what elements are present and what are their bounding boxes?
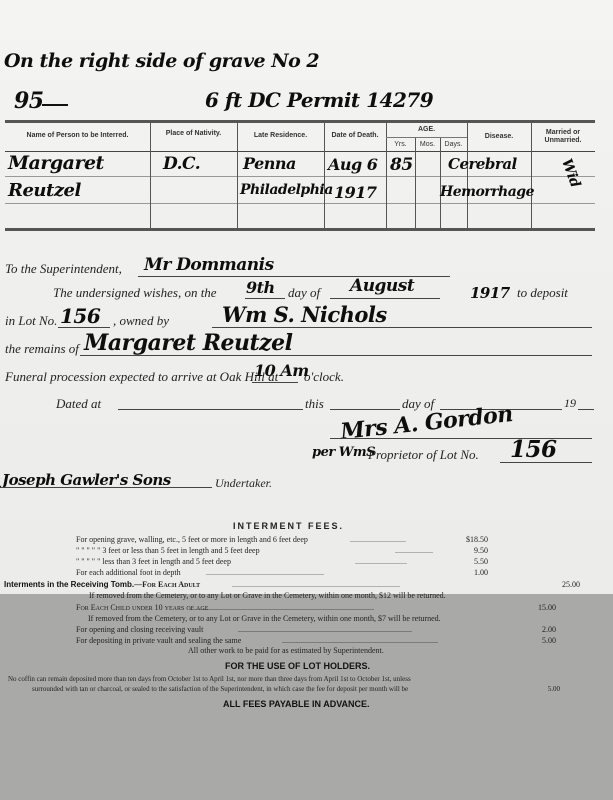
wishes-label: The undersigned wishes, on the: [53, 285, 217, 301]
dot-leader: ........................................…: [232, 580, 400, 589]
col-header-residence: Late Residence.: [237, 132, 324, 139]
col-divider: [386, 123, 387, 228]
other-work-note: All other work to be paid for as estimat…: [188, 646, 384, 655]
tomb-child-label: For Each Child under 10 years of age: [76, 603, 208, 612]
fees-payable-notice: ALL FEES PAYABLE IN ADVANCE.: [223, 699, 370, 709]
dot-leader: ...................: [395, 546, 433, 555]
dot-leader: ............................: [350, 535, 406, 544]
fee-line: For opening grave, walling, etc., 5 feet…: [76, 535, 308, 544]
dot-leader: ........................................…: [282, 636, 438, 645]
cell-disease-1: Cerebral: [448, 155, 517, 173]
col-header-nativity: Place of Nativity.: [150, 130, 237, 137]
owned-by-label: , owned by: [113, 313, 169, 329]
lot-holders-title: FOR THE USE OF LOT HOLDERS.: [225, 661, 370, 671]
col-divider: [150, 123, 151, 228]
fees-title: INTERMENT FEES.: [233, 521, 344, 531]
proprietor-label: Proprietor of Lot No.: [368, 447, 479, 463]
undertaker-line: [0, 487, 212, 488]
cell-residence-1: Penna: [243, 154, 296, 173]
lot-holders-amount: 5.00: [520, 685, 560, 693]
tomb-label-bold: Interments in the Receiving Tomb.: [4, 580, 134, 589]
header-note: On the right side of grave No 2: [4, 50, 319, 72]
col-header-months: Mos.: [415, 141, 440, 148]
proprietor-lot: 156: [510, 436, 557, 463]
cell-age-years: 85: [390, 155, 413, 175]
cell-date-1: Aug 6: [328, 155, 377, 174]
oclock-label: o'clock.: [304, 369, 344, 385]
col-header-years: Yrs.: [386, 141, 415, 148]
remains-label: the remains of: [5, 341, 79, 357]
tomb-child-amount: 15.00: [516, 603, 556, 612]
tomb-adult-amount: 25.00: [540, 580, 580, 589]
procession-label: Funeral procession expected to arrive at…: [5, 369, 278, 385]
proprietor-lot-line: [500, 462, 592, 463]
tomb-label: Interments in the Receiving Tomb.—For Ea…: [4, 580, 200, 589]
fee-amount: 9.50: [448, 546, 488, 555]
dot-leader: ........................................…: [238, 625, 412, 634]
lot-number: 156: [60, 304, 100, 328]
dated-at-line: [118, 409, 303, 410]
dot-leader: ........................................…: [190, 603, 374, 612]
cell-disease-2: Hemorrhage: [440, 184, 534, 200]
record-number: 95: [14, 88, 44, 114]
superintendent-name: Mr Dommanis: [144, 255, 274, 275]
owner-line: [212, 327, 592, 328]
undertaker-label: Undertaker.: [215, 476, 272, 491]
col-header-date: Date of Death.: [324, 132, 386, 139]
cell-residence-2: Philadelphia: [240, 182, 333, 198]
dated-at-label: Dated at: [56, 396, 101, 412]
lot-line: [58, 327, 110, 328]
col-header-married: Married or Unmarried.: [531, 129, 595, 145]
dot-leader: ........................................…: [206, 568, 324, 577]
time-line: [252, 382, 298, 383]
fee-line: " " " " " less than 3 feet in length and…: [76, 557, 231, 566]
col-divider: [415, 138, 416, 228]
this-label: this: [305, 396, 324, 412]
lot-label: in Lot No.: [5, 313, 57, 329]
signature-prefix: per WmS: [312, 445, 375, 460]
deposit-month: August: [350, 276, 414, 296]
day-of-label: day of: [288, 285, 320, 301]
fee-line: For each additional foot in depth: [76, 568, 181, 577]
vault-amount: 2.00: [516, 625, 556, 634]
table-row-rule-2: [5, 203, 595, 204]
col-header-days: Days.: [440, 141, 467, 148]
permit-note: 6 ft DC Permit 14279: [205, 88, 433, 112]
day-line: [245, 298, 285, 299]
deposit-day: 9th: [246, 278, 275, 297]
table-top-rule: [5, 120, 595, 123]
tomb-adult-refund: If removed from the Cemetery, or to any …: [89, 591, 446, 600]
fee-amount: 5.50: [448, 557, 488, 566]
tomb-adult-label: —For Each Adult: [134, 580, 200, 589]
col-header-name: Name of Person to be Interred.: [5, 132, 150, 139]
fee-amount: $18.50: [448, 535, 488, 544]
record-underline: [42, 104, 68, 106]
to-deposit-label: to deposit: [517, 285, 568, 301]
private-vault-label: For depositing in private vault and seal…: [76, 636, 241, 645]
col-header-age: AGE.: [386, 126, 467, 133]
to-superintendent-label: To the Superintendent,: [5, 261, 122, 277]
this-day-line: [330, 409, 400, 410]
age-subheader-rule: [386, 137, 467, 138]
month-line: [330, 298, 440, 299]
table-bottom-rule: [5, 228, 595, 231]
cell-name-last: Reutzel: [8, 180, 81, 201]
year-line: [578, 409, 594, 410]
year-prefix: 19: [564, 396, 576, 411]
vault-label: For opening and closing receiving vault: [76, 625, 203, 634]
lot-holders-rule-2: surrounded with tan or charcoal, or seal…: [32, 685, 408, 693]
arrival-time: 10 Am: [254, 361, 309, 380]
remains-line: [80, 355, 592, 356]
cell-nativity: D.C.: [163, 154, 200, 174]
private-vault-amount: 5.00: [516, 636, 556, 645]
remains-name: Margaret Reutzel: [84, 330, 293, 356]
dot-leader: ..........................: [355, 557, 407, 566]
col-divider: [440, 138, 441, 228]
cell-date-2: 1917: [334, 183, 377, 202]
tomb-child-refund: If removed from the Cemetery, or to any …: [88, 614, 441, 623]
lot-owner: Wm S. Nichols: [222, 302, 387, 327]
table-row-rule-1: [5, 176, 595, 177]
deposit-year: 1917: [470, 284, 510, 302]
cell-name-first: Margaret: [8, 152, 104, 174]
col-header-disease: Disease.: [467, 133, 531, 140]
fee-line: " " " " " 3 feet or less than 5 feet in …: [76, 546, 260, 555]
lot-holders-rule-1: No coffin can remain deposited more than…: [8, 675, 411, 683]
fee-amount: 1.00: [448, 568, 488, 577]
